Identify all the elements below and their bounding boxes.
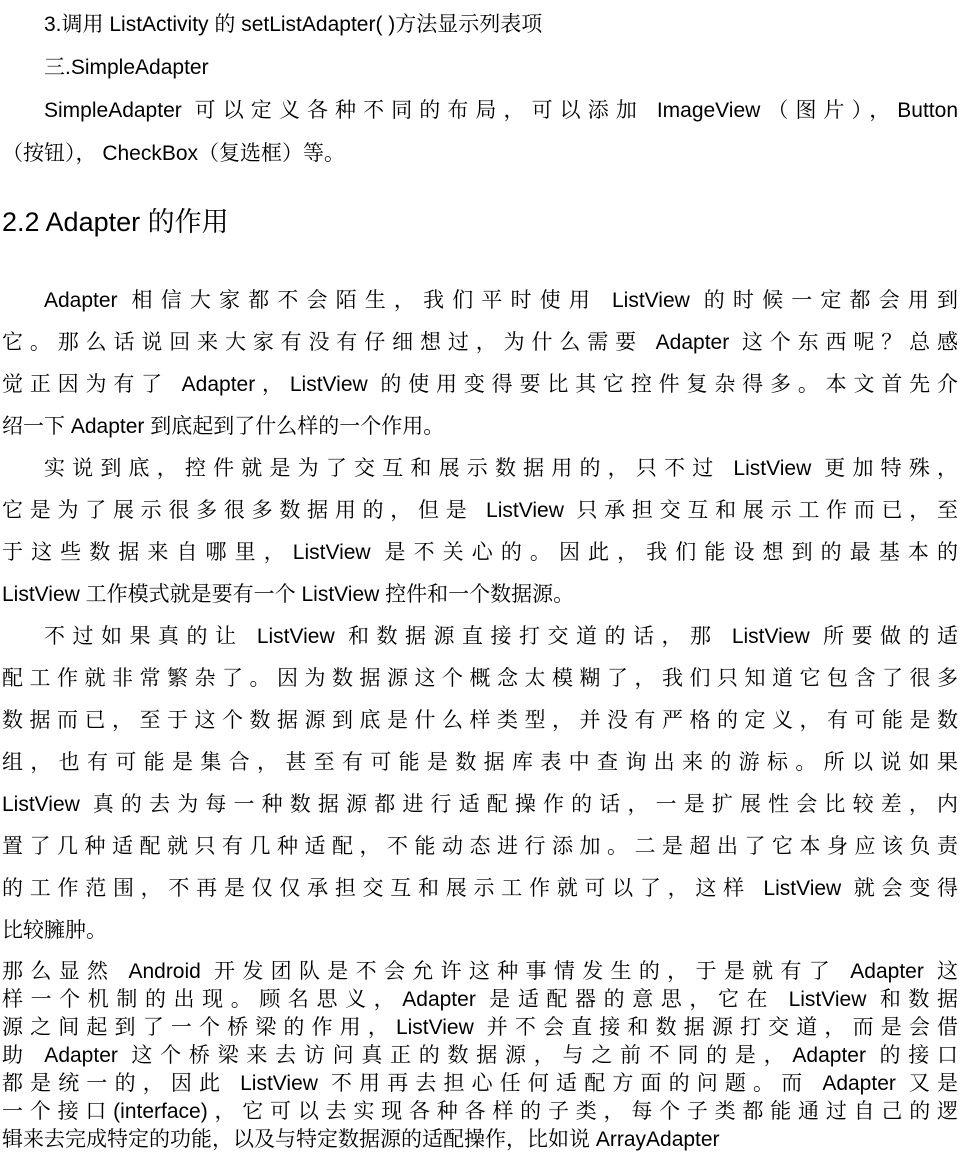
text-line: （按钮）， CheckBox（复选框）等。 (2, 132, 958, 175)
text-line: 于这些数据来自哪里，ListView 是不关心的。因此，我们能设想到的最基本的 (2, 532, 958, 574)
text-line: 比较臃肿。 (2, 910, 958, 952)
section-heading: 2.2 Adapter 的作用 (2, 204, 958, 240)
paragraph-4: 那么显然 Android 开发团队是不会允许这种事情发生的，于是就有了 Adap… (2, 958, 958, 1154)
text-line: 三.SimpleAdapter (2, 46, 958, 89)
text-line: 样一个机制的出现。顾名思义，Adapter 是适配器的意思，它在 ListVie… (2, 986, 958, 1014)
intro-section: 3.调用 ListActivity 的 setListAdapter( )方法显… (2, 3, 958, 175)
text-line: 它。那么话说回来大家有没有仔细想过，为什么需要 Adapter 这个东西呢？总感 (2, 322, 958, 364)
document-page: 3.调用 ListActivity 的 setListAdapter( )方法显… (0, 0, 960, 1157)
paragraph-2: 实说到底，控件就是为了交互和展示数据用的，只不过 ListView 更加特殊， … (2, 448, 958, 616)
text-line: ListView 真的去为每一种数据源都进行适配操作的话，一是扩展性会比较差，内 (2, 784, 958, 826)
text-line: 一个接口(interface)，它可以去实现各种各样的子类，每个子类都能通过自己… (2, 1098, 958, 1126)
text-line: 数据而已，至于这个数据源到底是什么样类型，并没有严格的定义，有可能是数 (2, 700, 958, 742)
text-line: 源之间起到了一个桥梁的作用，ListView 并不会直接和数据源打交道，而是会借 (2, 1014, 958, 1042)
text-line: 觉正因为有了 Adapter，ListView 的使用变得要比其它控件复杂得多。… (2, 364, 958, 406)
text-line: 辑来去完成特定的功能，以及与特定数据源的适配操作，比如说 ArrayAdapte… (2, 1126, 958, 1154)
text-line: 都是统一的，因此 ListView 不用再去担心任何适配方面的问题。而 Adap… (2, 1070, 958, 1098)
text-line: SimpleAdapter 可以定义各种不同的布局，可以添加 ImageView… (2, 89, 958, 132)
text-line: 3.调用 ListActivity 的 setListAdapter( )方法显… (2, 3, 958, 46)
text-line: 不过如果真的让 ListView 和数据源直接打交道的话，那 ListView … (2, 616, 958, 658)
paragraph-1: Adapter 相信大家都不会陌生，我们平时使用 ListView 的时候一定都… (2, 280, 958, 448)
text-line: 的工作范围，不再是仅仅承担交互和展示工作就可以了，这样 ListView 就会变… (2, 868, 958, 910)
text-line: 配工作就非常繁杂了。因为数据源这个概念太模糊了，我们只知道它包含了很多 (2, 658, 958, 700)
text-line: 绍一下 Adapter 到底起到了什么样的一个作用。 (2, 406, 958, 448)
paragraph-3: 不过如果真的让 ListView 和数据源直接打交道的话，那 ListView … (2, 616, 958, 952)
text-line: Adapter 相信大家都不会陌生，我们平时使用 ListView 的时候一定都… (2, 280, 958, 322)
text-line: 它是为了展示很多很多数据用的，但是 ListView 只承担交互和展示工作而已，… (2, 490, 958, 532)
text-line: 组，也有可能是集合，甚至有可能是数据库表中查询出来的游标。所以说如果 (2, 742, 958, 784)
text-line: 置了几种适配就只有几种适配，不能动态进行添加。二是超出了它本身应该负责 (2, 826, 958, 868)
text-line: 那么显然 Android 开发团队是不会允许这种事情发生的，于是就有了 Adap… (2, 958, 958, 986)
text-line: ListView 工作模式就是要有一个 ListView 控件和一个数据源。 (2, 574, 958, 616)
text-line: 助 Adapter 这个桥梁来去访问真正的数据源，与之前不同的是，Adapter… (2, 1042, 958, 1070)
text-line: 实说到底，控件就是为了交互和展示数据用的，只不过 ListView 更加特殊， (2, 448, 958, 490)
